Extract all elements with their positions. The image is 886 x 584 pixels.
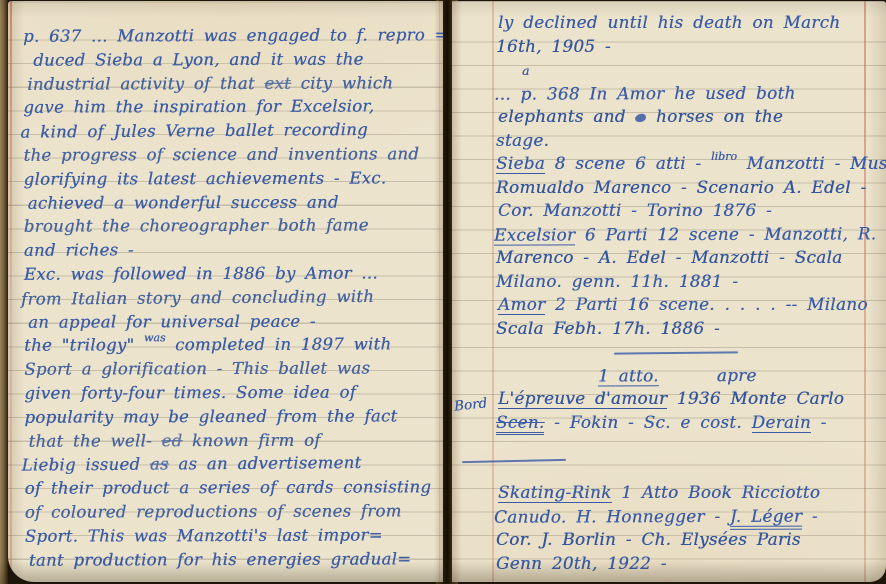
handwriting-segment: as	[150, 455, 169, 474]
handwriting-line: Exc. was followed in 1886 by Amor ...	[24, 261, 441, 286]
handwriting-line: brought the choreographer both fame	[24, 214, 441, 239]
handwriting-line: Sport. This was Manzotti's last impor=	[25, 523, 442, 548]
handwriting-line: ... p. 368 In Amor he used both	[494, 81, 884, 106]
handwriting-segment: known firm of	[182, 430, 320, 449]
handwriting-line: Genn 20th, 1922 -	[496, 552, 886, 576]
handwriting-line: tant production for his energies gradual…	[29, 547, 443, 572]
handwriting-segment: 2 Parti 16 scene. . . . . -- Milano	[545, 294, 867, 314]
handwriting-line: from Italian story and concluding with	[21, 284, 438, 311]
handwriting-segment: 1 Atto Book Ricciotto	[612, 482, 821, 502]
handwriting-line: ly declined until his death on March	[498, 11, 886, 35]
handwriting-line: of their product a series of cards consi…	[25, 475, 442, 500]
handwriting-line: L'épreuve d'amour 1936 Monte Carlo	[498, 387, 886, 411]
handwriting-line	[496, 458, 886, 482]
handwriting-segment: 1 atto.	[598, 365, 659, 386]
handwriting-segment: ext	[264, 73, 291, 92]
handwriting-segment: Scen.	[496, 412, 544, 435]
handwriting-segment: - Fokin - Sc. e cost.	[544, 412, 751, 432]
handwriting-line: elephants and horses on the	[498, 105, 886, 129]
handwriting-line: given forty-four times. Some idea of	[24, 380, 441, 405]
handwriting-line: Cor. Manzotti - Torino 1876 -	[498, 199, 886, 223]
handwriting-line: of coloured reproductions of scenes from	[25, 499, 442, 524]
handwriting-line: Excelsior 6 Parti 12 scene - Manzotti, R…	[494, 222, 884, 247]
handwriting-segment: 1936 Monte Carlo	[667, 388, 844, 408]
handwriting-segment: as an advertisement	[169, 453, 362, 474]
handwriting-line: Romualdo Marenco - Scenario A. Edel -	[496, 176, 886, 200]
handwriting-segment: Amor	[498, 294, 545, 315]
left-page-text: p. 637 ... Manzotti was engaged to f. re…	[23, 23, 442, 572]
inserted-word: was	[144, 332, 166, 345]
handwriting-line	[496, 434, 886, 458]
handwriting-segment: that the well-	[28, 431, 161, 450]
handwriting-line: Canudo. H. Honnegger - J. Léger -	[494, 504, 884, 529]
handwriting-line: Milano. genn. 11h. 1881 -	[496, 270, 886, 294]
handwriting-segment: city which	[291, 73, 393, 92]
handwriting-line: a	[522, 58, 886, 82]
handwriting-line: gave him the inspiration for Excelsior,	[23, 95, 440, 120]
handwriting-line: and riches -	[24, 237, 441, 262]
handwriting-line: Amor 2 Parti 16 scene. . . . . -- Milano	[498, 293, 886, 317]
notebook-photo: p. 637 ... Manzotti was engaged to f. re…	[0, 0, 886, 584]
inserted-word: libro	[711, 150, 737, 163]
handwriting-segment: Derain	[752, 412, 811, 433]
handwriting-segment: a	[522, 63, 530, 78]
handwriting-line: Cor. J. Borlin - Ch. Elysées Paris	[496, 528, 886, 552]
handwriting-line: glorifying its latest achievements - Exc…	[24, 166, 441, 191]
handwriting-segment: Manzotti - Mus	[737, 153, 886, 173]
handwriting-line: p. 637 ... Manzotti was engaged to f. re…	[23, 23, 440, 48]
red-margin-line	[10, 1, 12, 582]
handwriting-line: industrial activity of that ext city whi…	[27, 71, 443, 96]
handwriting-line: duced Sieba a Lyon, and it was the	[33, 47, 440, 72]
handwriting-line: the "trilogy" was completed in 1897 with	[24, 333, 441, 358]
handwriting-line: 16th, 1905 -	[496, 35, 886, 59]
right-page-text: ly declined until his death on March16th…	[496, 11, 886, 575]
handwriting-line: Marenco - A. Edel - Manzotti - Scala	[496, 246, 886, 270]
left-page: p. 637 ... Manzotti was engaged to f. re…	[8, 1, 443, 582]
handwriting-line: Skating-Rink 1 Atto Book Ricciotto	[498, 481, 886, 505]
handwriting-segment: Skating-Rink	[498, 482, 612, 503]
handwriting-segment: ed	[161, 431, 182, 450]
handwriting-line: stage.	[496, 129, 886, 153]
handwriting-segment: 6 Parti 12 scene - Manzotti, R.	[575, 223, 876, 244]
handwriting-segment: industrial activity of that	[27, 73, 264, 93]
handwriting-segment: Excelsior	[494, 224, 575, 245]
handwriting-line: achieved a wonderful success and	[28, 190, 443, 215]
handwriting-segment: -	[802, 505, 818, 525]
handwriting-segment: horses on the	[646, 106, 783, 126]
handwriting-line: a kind of Jules Verne ballet recording	[20, 118, 437, 145]
right-page: ly declined until his death on March16th…	[452, 1, 886, 582]
handwriting-segment: Sieba	[496, 153, 545, 174]
handwriting-line: popularity may be gleaned from the fact	[24, 404, 441, 429]
handwriting-segment: the "trilogy"	[24, 336, 144, 355]
handwriting-line: an appeal for universal peace -	[28, 309, 443, 334]
handwriting-segment: apre	[717, 364, 757, 384]
handwriting-line: Sport a glorification - This ballet was	[24, 356, 441, 381]
handwriting-segment: completed in 1897 with	[166, 335, 392, 355]
handwriting-line: Scala Febh. 17h. 1886 -	[496, 317, 886, 341]
handwriting-line: Sieba 8 scene 6 atti - libro Manzotti - …	[496, 152, 886, 176]
handwriting-segment: -	[811, 412, 827, 432]
handwriting-segment: L'épreuve d'amour	[498, 388, 667, 409]
handwriting-line: that the well- ed known firm of	[28, 428, 443, 453]
margin-note: Bord	[453, 395, 488, 414]
handwriting-line	[496, 340, 886, 364]
handwriting-segment: J. Léger	[730, 505, 802, 529]
handwriting-line: 1 atto.apre	[598, 363, 884, 387]
handwriting-segment: elephants and	[498, 106, 635, 126]
notebook-page-edges	[0, 0, 8, 584]
handwriting-segment: Liebig issued	[22, 455, 150, 475]
handwriting-segment: 8 scene 6 atti -	[545, 153, 711, 173]
handwriting-line: Liebig issued as as an advertisement	[21, 451, 438, 478]
handwriting-line: the progress of science and inventions a…	[23, 142, 440, 167]
handwriting-line: Scen. - Fokin - Sc. e cost. Derain -	[496, 411, 886, 435]
handwriting-segment: Canudo. H. Honnegger -	[494, 505, 730, 526]
